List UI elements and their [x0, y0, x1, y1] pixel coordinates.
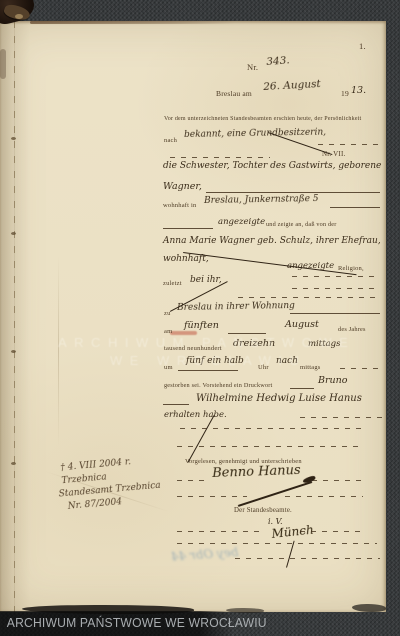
- ruled-line-dashed: [292, 276, 380, 277]
- document-page: 1.Nr.343.Breslau am26. August1913.Vor de…: [0, 21, 386, 612]
- printed-form-text: des Jahres: [338, 327, 366, 333]
- ruled-line-dashed: [300, 417, 382, 418]
- printed-form-text: 19: [341, 90, 349, 98]
- printed-form-text: 1.: [359, 42, 366, 51]
- ruled-line-dashed: [177, 496, 247, 497]
- signature: Benno Hanus: [212, 464, 301, 480]
- ink-stroke: [238, 481, 313, 507]
- archive-footer-bar: ARCHIWUM PAŃSTWOWE WE WROCŁAWIU: [0, 611, 233, 636]
- printed-form-text: Nr.: [247, 63, 258, 72]
- ruled-line-dashed: [170, 157, 270, 158]
- ruled-line-solid: [163, 228, 213, 229]
- margin-annotation: † 4. VIII 2004 r. Trzebnica Standesamt T…: [60, 452, 184, 514]
- ruled-line-dashed: [285, 496, 363, 497]
- archive-watermark-line1: ARCHIWUM PAŃSTWOWE: [58, 335, 355, 350]
- handwritten-text: i. V.: [268, 518, 283, 526]
- binding-stitch-line: [14, 21, 15, 612]
- handwritten-text: bekannt, eine Grundbesitzerin,: [184, 129, 326, 140]
- handwritten-text: Anna Marie Wagner geb. Schulz, ihrer Ehe…: [163, 237, 381, 246]
- ruled-line-solid: [330, 207, 380, 208]
- ruled-line-dashed: [318, 144, 380, 145]
- printed-form-text: zuletzt: [163, 281, 182, 288]
- handwritten-text: wohnhaft,: [163, 255, 209, 264]
- ink-stroke: [187, 415, 214, 463]
- binding-remnant: [0, 0, 46, 34]
- ruled-line-solid: [163, 404, 189, 405]
- ruled-line-dashed: [177, 446, 362, 447]
- ruled-line-dashed: [312, 480, 362, 481]
- stitch-mark: [11, 350, 16, 353]
- ruled-line-dashed: [177, 531, 262, 532]
- printed-form-text: nach: [164, 138, 177, 145]
- printed-form-text: und zeigte an, daß von der: [266, 222, 337, 228]
- handwritten-text: August: [285, 320, 319, 330]
- handwritten-text: Wilhelmine Hedwig Luise Hanus: [196, 394, 362, 404]
- handwritten-text: Breslau, Junkernstraße 5: [204, 195, 319, 206]
- ruled-line-dashed: [235, 558, 380, 559]
- handwritten-text: Breslau in ihrer Wohnung: [177, 302, 295, 313]
- handwritten-text: Wagner,: [163, 182, 202, 192]
- browned-top-edge: [30, 21, 235, 24]
- ruled-line-dashed: [340, 368, 380, 369]
- binding-remnant-fleck: [15, 14, 23, 19]
- archive-watermark-line2: WE WROCŁAWIU: [110, 353, 306, 368]
- handwritten-text: erhalten habe.: [164, 411, 227, 420]
- stitch-mark: [11, 232, 16, 235]
- handwritten-text: 26. August: [263, 79, 321, 92]
- printed-form-text: gestorben sei. Vorstehend ein Druckwort: [164, 383, 272, 389]
- paper-crease: [58, 256, 59, 446]
- handwritten-text: die Schwester, Tochter des Gastwirts, ge…: [163, 162, 381, 171]
- stitch-mark: [11, 137, 16, 140]
- ruled-line-solid: [290, 313, 380, 314]
- binding-edge-mark: [0, 49, 6, 79]
- archive-footer-text: ARCHIWUM PAŃSTWOWE WE WROCŁAWIU: [7, 616, 267, 630]
- handwritten-text: 343.: [266, 55, 290, 67]
- ruled-line-solid: [178, 370, 238, 371]
- stitch-mark: [11, 462, 16, 465]
- handwritten-text: fünften: [184, 321, 219, 331]
- printed-form-text: Der Standesbeamte.: [234, 508, 292, 515]
- blue-ink-offset: bey Obr 44: [170, 546, 238, 563]
- printed-form-text: Breslau am: [216, 90, 252, 98]
- handwritten-text: bei ihr,: [190, 276, 222, 285]
- printed-form-text: Vor dem unterzeichneten Standesbeamten e…: [164, 116, 361, 122]
- handwritten-text: 13.: [351, 86, 366, 96]
- ruled-line-dashed: [300, 531, 362, 532]
- ruled-line-solid: [290, 388, 314, 389]
- ink-stroke: [286, 541, 295, 568]
- printed-form-text: wohnhaft in: [163, 203, 196, 210]
- handwritten-text: Bruno: [318, 376, 347, 386]
- ruled-line-dashed: [292, 288, 380, 289]
- ruled-line-dashed: [238, 297, 380, 298]
- handwritten-text: angezeigte: [218, 218, 265, 227]
- archival-scan-photo: 1.Nr.343.Breslau am26. August1913.Vor de…: [0, 0, 400, 636]
- ruled-line-solid: [206, 192, 380, 193]
- ruled-line-dashed: [177, 543, 377, 544]
